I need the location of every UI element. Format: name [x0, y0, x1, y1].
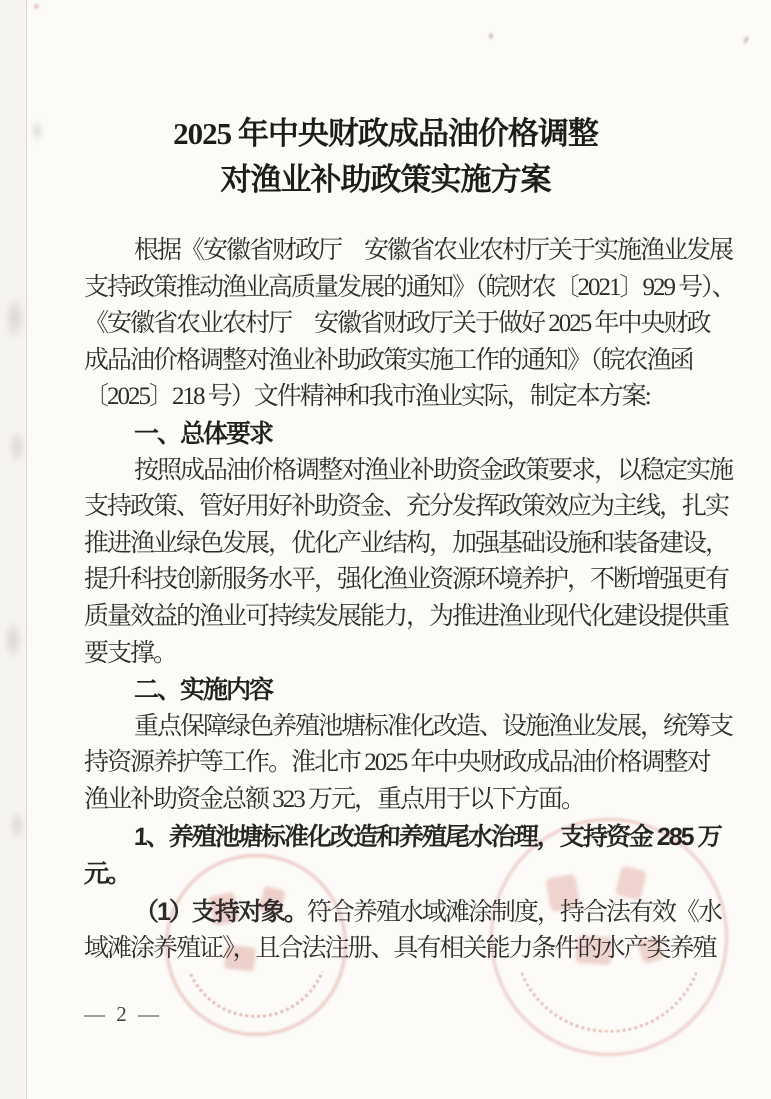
text-line: 推进渔业绿色发展，优化产业结构，加强基础设施和装备建设， — [84, 526, 704, 563]
scan-speck — [489, 33, 493, 39]
text-line: 支持政策、管好用好补助资金、充分发挥政策效应为主线，扎实 — [84, 489, 704, 526]
text-line: 持资源养护等工作。淮北市 2025 年中央财政成品油价格调整对 — [84, 745, 704, 782]
text-line: 根据《安徽省财政厅 安徽省农业农村厅关于实施渔业发展 — [84, 233, 704, 270]
document-page: 2025 年中央财政成品油价格调整 对渔业补助政策实施方案 根据《安徽省财政厅 … — [0, 0, 771, 1099]
document-title-line-1: 2025 年中央财政成品油价格调整 — [0, 111, 771, 157]
scan-speck — [34, 4, 39, 9]
text-line: 域滩涂养殖证》，且合法注册、具有相关能力条件的水产类养殖 — [84, 931, 704, 968]
scan-smudge — [9, 810, 25, 840]
text-line: 质量效益的渔业可持续发展能力，为推进渔业现代化建设提供重 — [84, 599, 704, 636]
text-line: 元。 — [83, 856, 704, 894]
document-title-line-2: 对渔业补助政策实施方案 — [0, 157, 771, 203]
document-body: 根据《安徽省财政厅 安徽省农业农村厅关于实施渔业发展支持政策推动渔业高质量发展的… — [84, 233, 704, 968]
text-line: 二、实施内容 — [84, 672, 704, 709]
text-line: 支持政策推动渔业高质量发展的通知》（皖财农〔2021〕929 号）、 — [84, 270, 704, 307]
text-line: 成品油价格调整对渔业补助政策实施工作的通知》（皖农渔函 — [84, 343, 704, 380]
document-title: 2025 年中央财政成品油价格调整 对渔业补助政策实施方案 — [0, 111, 771, 203]
text-line: 《安徽省农业农村厅 安徽省财政厅关于做好 2025 年中央财政 — [84, 306, 704, 343]
text-line: （1）支持对象。符合养殖水域滩涂制度，持合法有效《水 — [84, 894, 704, 932]
scan-speck — [742, 36, 749, 45]
text-line: 渔业补助资金总额 323 万元，重点用于以下方面。 — [84, 782, 704, 819]
text-line: 一、总体要求 — [84, 416, 704, 453]
text-line: 要支撑。 — [84, 636, 704, 673]
text-line: 按照成品油价格调整对渔业补助资金政策要求，以稳定实施 — [84, 453, 704, 490]
text-line: 提升科技创新服务水平，强化渔业资源环境养护，不断增强更有 — [84, 562, 704, 599]
scan-smudge — [4, 295, 26, 341]
page-number: — 2 — — [84, 1002, 162, 1026]
text-line: 〔2025〕218 号）文件精神和我市渔业实际，制定本方案: — [84, 379, 704, 416]
text-line: 1、养殖池塘标准化改造和养殖尾水治理，支持资金 285 万 — [83, 819, 704, 857]
scan-smudge — [3, 620, 23, 660]
scan-smudge — [8, 430, 26, 464]
text-line: 重点保障绿色养殖池塘标准化改造、设施渔业发展，统筹支 — [84, 709, 704, 746]
